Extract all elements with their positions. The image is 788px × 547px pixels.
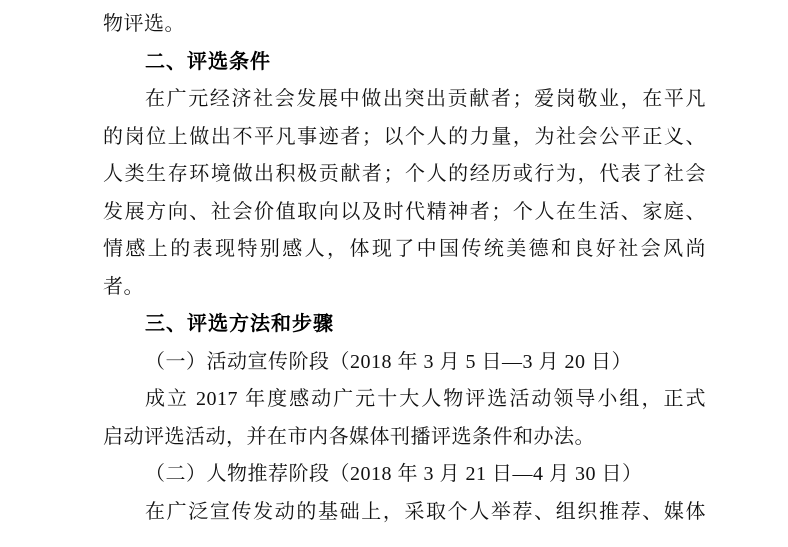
body-line: 情感上的表现特别感人，体现了中国传统美德和良好社会风尚 [103,231,706,269]
body-line: 成立 2017 年度感动广元十大人物评选活动领导小组，正式 [103,381,706,419]
stage-line-publicity: （一）活动宣传阶段（2018 年 3 月 5 日—3 月 20 日） [103,344,706,382]
document-page: 物评选。 二、评选条件 在广元经济社会发展中做出突出贡献者；爱岗敬业，在平凡 的… [0,0,788,547]
section-heading-3: 三、评选方法和步骤 [103,306,706,344]
body-line: 在广元经济社会发展中做出突出贡献者；爱岗敬业，在平凡 [103,81,706,119]
body-line: 启动评选活动，并在市内各媒体刊播评选条件和办法。 [103,419,706,457]
body-line: 在广泛宣传发动的基础上，采取个人举荐、组织推荐、媒体 [103,494,706,532]
body-line: 者。 [103,269,706,307]
body-line: 的岗位上做出不平凡事迹者；以个人的力量，为社会公平正义、 [103,119,706,157]
body-line-continuation: 物评选。 [103,6,706,44]
body-line: 人类生存环境做出积极贡献者；个人的经历或行为，代表了社会 [103,156,706,194]
body-line: 发展方向、社会价值取向以及时代精神者；个人在生活、家庭、 [103,194,706,232]
stage-line-recommendation: （二）人物推荐阶段（2018 年 3 月 21 日—4 月 30 日） [103,456,706,494]
section-heading-2: 二、评选条件 [103,44,706,82]
